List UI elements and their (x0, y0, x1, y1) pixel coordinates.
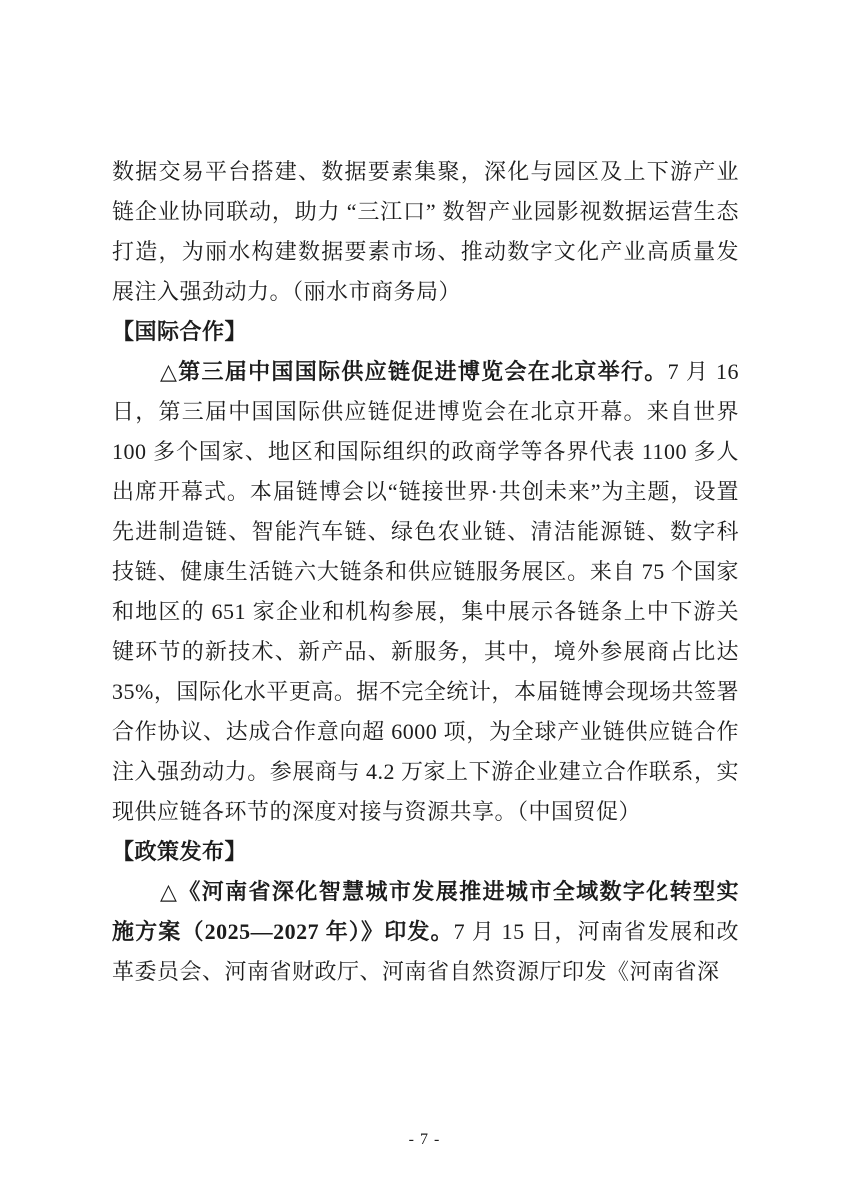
section-header-international-cooperation: 【国际合作】 (112, 312, 739, 352)
news-item-henan-plan: △《河南省深化智慧城市发展推进城市全域数字化转型实施方案（2025—2027 年… (112, 872, 739, 992)
page-number: - 7 - (0, 1128, 849, 1152)
document-page: 数据交易平台搭建、数据要素集聚，深化与园区及上下游产业链企业协同联动，助力 “三… (0, 0, 849, 1200)
news-item-lead: △第三届中国国际供应链促进博览会在北京举行。 (160, 359, 668, 384)
page-body: 数据交易平台搭建、数据要素集聚，深化与园区及上下游产业链企业协同联动，助力 “三… (112, 152, 739, 992)
news-item-supply-chain-expo: △第三届中国国际供应链促进博览会在北京举行。7 月 16 日，第三届中国国际供应… (112, 352, 739, 832)
section-header-policy-release: 【政策发布】 (112, 832, 739, 872)
news-item-body: 7 月 16 日，第三届中国国际供应链促进博览会在北京开幕。来自世界 100 多… (112, 359, 739, 824)
continuation-paragraph: 数据交易平台搭建、数据要素集聚，深化与园区及上下游产业链企业协同联动，助力 “三… (112, 152, 739, 312)
